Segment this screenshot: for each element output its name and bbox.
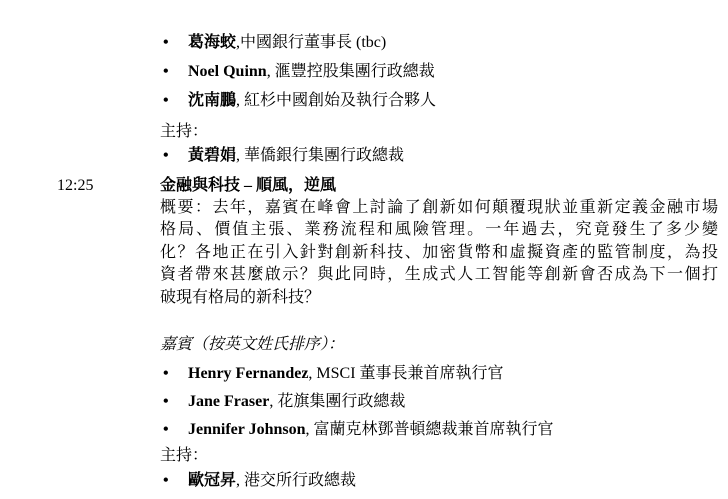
speaker-role: , 花旗集團行政總裁 <box>269 393 405 410</box>
speaker-role: , 富蘭克林鄧普頓總裁兼首席執行官 <box>306 421 554 438</box>
list-item: Henry Fernandez, MSCI 董事長兼首席執行官 <box>160 360 718 388</box>
session-block: 金融與科技 – 順風，逆風 概要：去年，嘉賓在峰會上討論了創新如何顛覆現狀並重新… <box>160 175 718 495</box>
agenda-page: 葛海蛟,中國銀行董事長 (tbc) Noel Quinn, 滙豐控股集團行政總裁… <box>0 0 728 499</box>
list-item: Jennifer Johnson, 富蘭克林鄧普頓總裁兼首席執行官 <box>160 416 718 444</box>
list-item: 沈南鵬, 紅杉中國創始及執行合夥人 <box>160 86 436 115</box>
session-title: 金融與科技 – 順風，逆風 <box>160 175 718 197</box>
speaker-role: , 滙豐控股集團行政總裁 <box>267 63 435 80</box>
summary-line: 破現有格局的新科技？ <box>160 287 718 309</box>
speaker-name: Henry Fernandez <box>188 365 308 382</box>
session-time: 12:25 <box>57 175 93 197</box>
speaker-name: Jane Fraser <box>188 393 269 410</box>
speaker-name: Jennifer Johnson <box>188 421 306 438</box>
summary-line: 概要：去年，嘉賓在峰會上討論了創新如何顛覆現狀並重新定義金融市場 <box>160 197 718 219</box>
speaker-name: Noel Quinn <box>188 63 267 80</box>
prev-session-guest-list: 葛海蛟,中國銀行董事長 (tbc) Noel Quinn, 滙豐控股集團行政總裁… <box>160 28 436 115</box>
session-moderator-list: 歐冠昇, 港交所行政總裁 <box>160 467 718 495</box>
guests-heading: 嘉賓（按英文姓氏排序）： <box>160 333 718 356</box>
summary-line: 化？各地正在引入針對創新科技、加密貨幣和虛擬資產的監管制度，為投 <box>160 242 718 264</box>
speaker-role: , 港交所行政總裁 <box>236 472 356 489</box>
speaker-role: , 紅杉中國創始及執行合夥人 <box>236 92 436 109</box>
speaker-role: , MSCI 董事長兼首席執行官 <box>308 365 503 382</box>
moderator-label: 主持： <box>160 120 208 143</box>
list-item: 黃碧娟, 華僑銀行集團行政總裁 <box>160 141 404 170</box>
session-summary: 概要：去年，嘉賓在峰會上討論了創新如何顛覆現狀並重新定義金融市場 格局、價值主張… <box>160 197 718 309</box>
session-guest-list: Henry Fernandez, MSCI 董事長兼首席執行官 Jane Fra… <box>160 360 718 444</box>
list-item: 歐冠昇, 港交所行政總裁 <box>160 467 718 495</box>
speaker-role: ,中國銀行董事長 (tbc) <box>236 34 386 51</box>
moderator-label: 主持： <box>160 444 718 467</box>
prev-session-moderator-list: 黃碧娟, 華僑銀行集團行政總裁 <box>160 141 404 170</box>
speaker-role: , 華僑銀行集團行政總裁 <box>236 147 404 164</box>
summary-line: 資者帶來甚麼啟示？與此同時，生成式人工智能等創新會否成為下一個打 <box>160 264 718 286</box>
summary-line: 格局、價值主張、業務流程和風險管理。一年過去，究竟發生了多少變 <box>160 219 718 241</box>
list-item: Jane Fraser, 花旗集團行政總裁 <box>160 388 718 416</box>
speaker-name: 歐冠昇 <box>188 472 236 489</box>
speaker-name: 黃碧娟 <box>188 147 236 164</box>
speaker-name: 葛海蛟 <box>188 34 236 51</box>
list-item: 葛海蛟,中國銀行董事長 (tbc) <box>160 28 436 57</box>
speaker-name: 沈南鵬 <box>188 92 236 109</box>
list-item: Noel Quinn, 滙豐控股集團行政總裁 <box>160 57 436 86</box>
